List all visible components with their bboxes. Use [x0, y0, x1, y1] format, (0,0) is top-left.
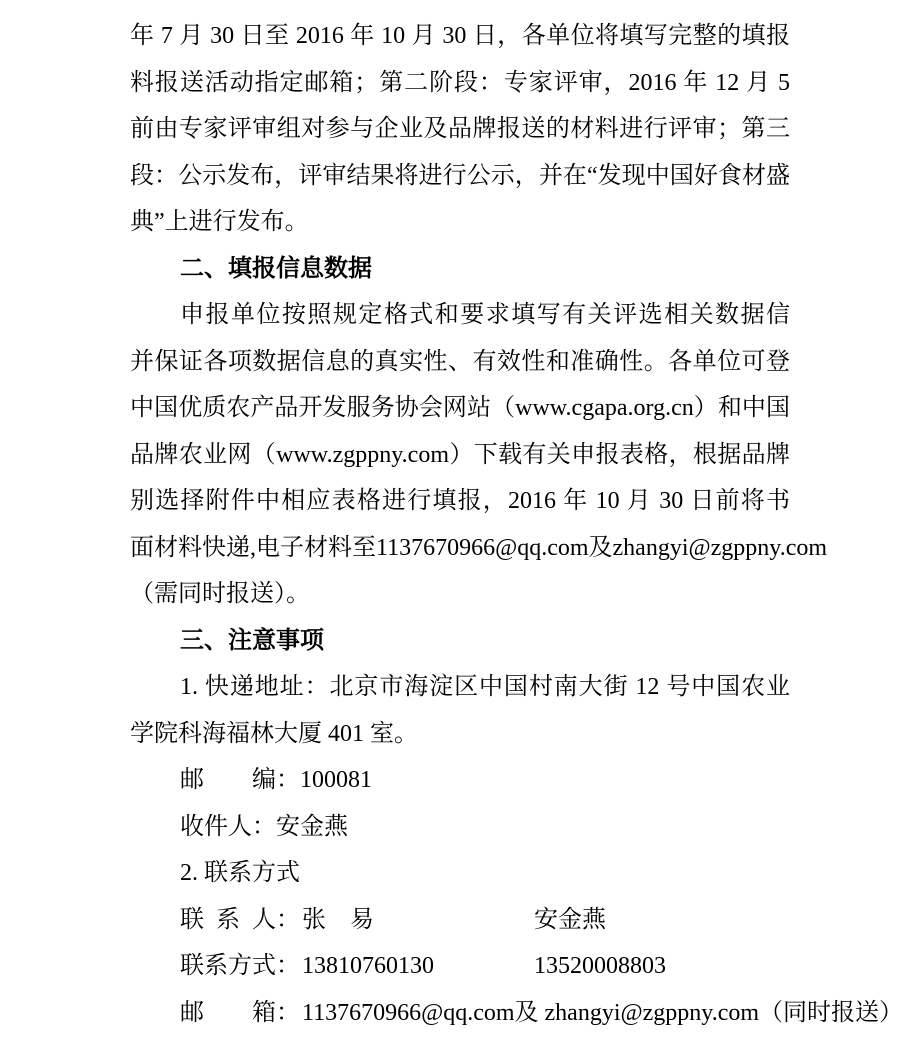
contact-label: 联系方式： — [180, 943, 300, 990]
text-line: 学院科海福林大厦 401 室。 — [130, 711, 790, 758]
document-page: 年 7 月 30 日至 2016 年 10 月 30 日，各单位将填写完整的填报… — [0, 0, 898, 1046]
text-line: 并保证各项数据信息的真实性、有效性和准确性。各单位可登陆 — [130, 339, 790, 386]
contact-label: 联 系 人： — [180, 897, 300, 944]
text-line: 前由专家评审组对参与企业及品牌报送的材料进行评审；第三阶 — [130, 106, 790, 153]
text-line: 品牌农业网（www.zgppny.com）下载有关申报表格，根据品牌类 — [130, 432, 790, 479]
text-line: 收件人：安金燕 — [130, 804, 790, 851]
contact-value-1: 张 易 — [302, 897, 374, 944]
text-line: 别选择附件中相应表格进行填报，2016 年 10 月 30 日前将书 — [130, 478, 790, 525]
text-line: 申报单位按照规定格式和要求填写有关评选相关数据信息， — [130, 292, 790, 339]
contact-row: 邮 箱：1137670966@qq.com及 zhangyi@zgppny.co… — [130, 990, 790, 1037]
contact-value-1: 1137670966@qq.com及 zhangyi@zgppny.com（同时… — [302, 990, 898, 1037]
contact-label: 邮 箱： — [180, 990, 300, 1037]
text-line: 年 7 月 30 日至 2016 年 10 月 30 日，各单位将填写完整的填报… — [130, 13, 790, 60]
contact-value-2: 13520008803 — [534, 943, 666, 990]
text-line: 2. 联系方式 — [130, 850, 790, 897]
text-line: 料报送活动指定邮箱；第二阶段：专家评审，2016 年 12 月 5 日 — [130, 60, 790, 107]
text-line: 段：公示发布，评审结果将进行公示，并在“发现中国好食材盛 — [130, 153, 790, 200]
section-heading: 二、填报信息数据 — [130, 246, 790, 293]
text-line: 邮 编：100081 — [130, 757, 790, 804]
text-block: 年 7 月 30 日至 2016 年 10 月 30 日，各单位将填写完整的填报… — [130, 13, 790, 1036]
text-line: 典”上进行发布。 — [130, 199, 790, 246]
contact-row: 联 系 人：张 易安金燕 — [130, 897, 790, 944]
contact-value-2: 安金燕 — [534, 897, 606, 944]
text-line: （需同时报送）。 — [130, 571, 790, 618]
text-line: 中国优质农产品开发服务协会网站（www.cgapa.org.cn）和中国 — [130, 385, 790, 432]
text-line: 1. 快递地址：北京市海淀区中国村南大街 12 号中国农业科 — [130, 664, 790, 711]
contact-row: 联系方式：1381076013013520008803 — [130, 943, 790, 990]
contact-value-1: 13810760130 — [302, 943, 434, 990]
text-line: 面材料快递,电子材料至1137670966@qq.com及zhangyi@zgp… — [130, 525, 790, 572]
section-heading: 三、注意事项 — [130, 618, 790, 665]
